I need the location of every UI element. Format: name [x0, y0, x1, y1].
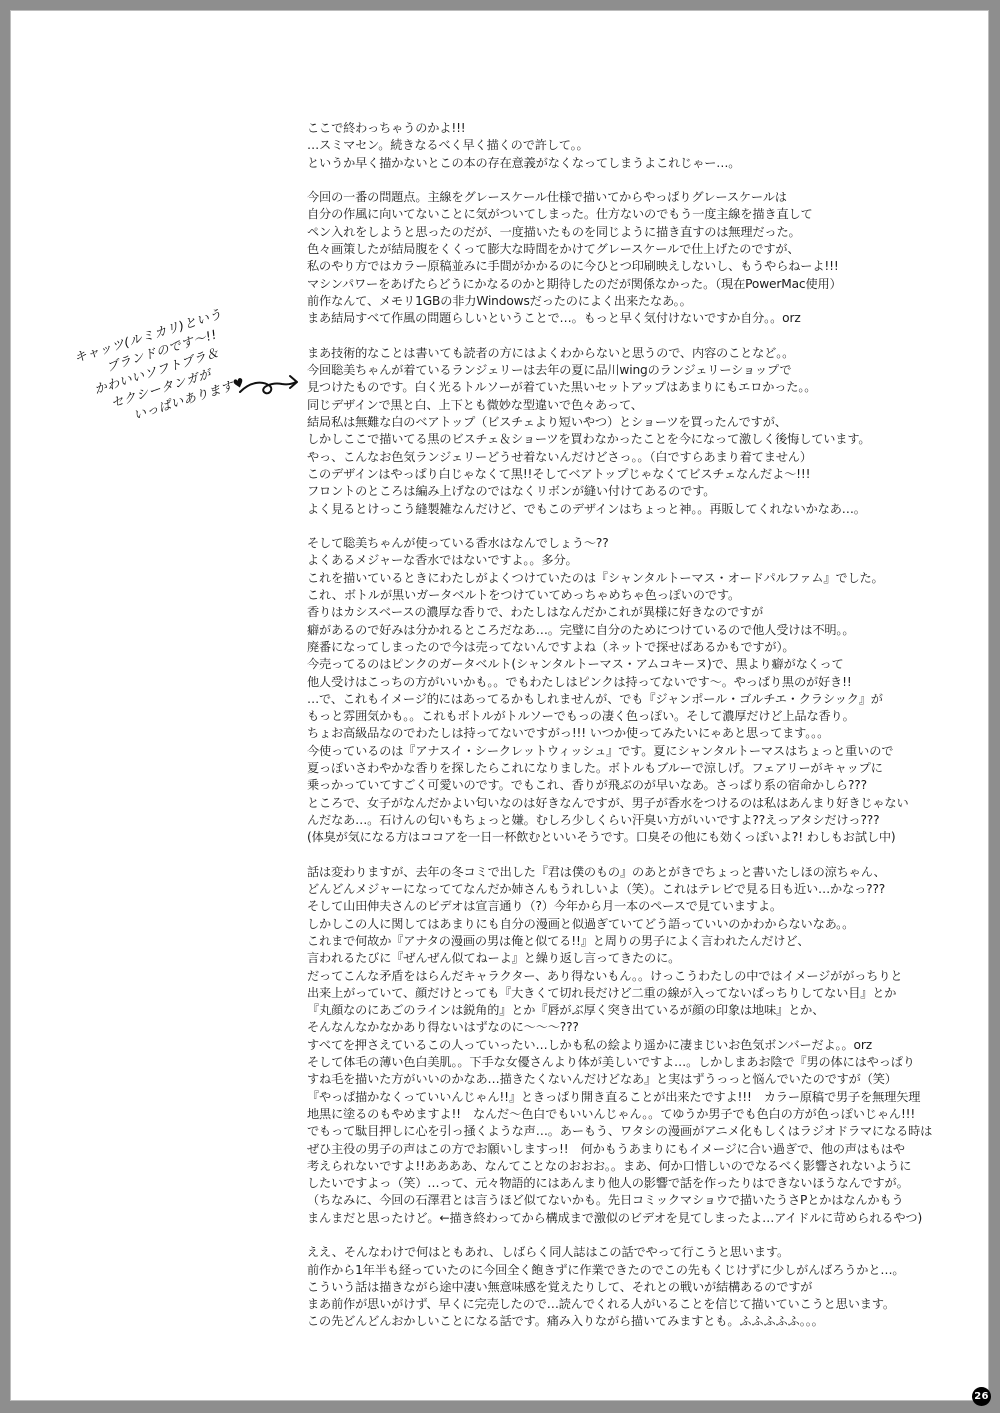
curly-arrow-icon — [238, 372, 300, 400]
text-line: もっと雰囲気かも。。これもボトルがトルソーでもっの凄く色っぽい。そして濃厚だけど… — [307, 708, 947, 725]
text-line: ぜひ主役の男子の声はこの方でお願いしますっ!! 何かもうあまりにもイメージに合い… — [307, 1141, 947, 1158]
text-line: 癖があるので好みは分かれるところだなあ…。完璧に自分のためにつけているので他人受… — [307, 622, 947, 639]
text-line: …スミマセン。続きなるべく早く描くので許して。。 — [307, 137, 947, 154]
text-line: 『丸顔なのにあごのラインは鋭角的』とか『唇がぶ厚く突き出ているが顔の印象は地味』… — [307, 1002, 947, 1019]
text-line: まあ前作が思いがけず、早くに完売したので…読んでくれる人がいることを信じて描いて… — [307, 1296, 947, 1313]
text-line: 考えられないですよ!!ああああ、なんてことなのおおお。。まあ、何か口惜しいのでな… — [307, 1158, 947, 1175]
afterword-text: ここで終わっちゃうのかよ!!! …スミマセン。続きなるべく早く描くので許して。。… — [307, 120, 947, 1348]
document-page: キャッツ(ルミカリ)という ブランドのです〜!! かわいいソフトブラ＆ セクシー… — [10, 10, 989, 1401]
text-line: しかしこの人に関してはあまりにも自分の漫画と似過ぎていてどう語っていいのかわから… — [307, 916, 947, 933]
text-line: よくあるメジャーな香水ではないですよ。。多分。 — [307, 552, 947, 569]
text-line: 前作から1年半も経っていたのに今回全く飽きずに作業できたのでこの先もくじけずに少… — [307, 1262, 947, 1279]
text-line: どんどんメジャーになっててなんだか姉さんもうれしいよ（笑）。これはテレビで見る日… — [307, 881, 947, 898]
text-line: この先どんどんおかしいことになる話です。痛み入りながら描いてみますとも。ふふふふ… — [307, 1313, 947, 1330]
text-line: んだなあ…。石けんの匂いもちょっと嫌。むしろ少しくらい汗臭い方がいいですよ??え… — [307, 812, 947, 829]
paragraph-5: 話は変わりますが、去年の冬コミで出した『君は僕のもの』のあとがきでちょっと書いた… — [307, 864, 947, 1227]
text-line: そして体毛の薄い色白美肌。。下手な女優さんより体が美しいですよ…。しかしまあお陰… — [307, 1054, 947, 1071]
text-line: だってこんな矛盾をはらんだキャラクター、あり得ないもん。。けっこうわたしの中では… — [307, 968, 947, 985]
text-line: 今売ってるのはピンクのガータベルト(シャンタルトーマス・アムコキーヌ)で、黒より… — [307, 656, 947, 673]
text-line: (体臭が気になる方はココアを一日一杯飲むといいそうです。口臭その他にも効くっぽい… — [307, 829, 947, 846]
text-line: 自分の作風に向いてないことに気がついてしまった。仕方ないのでもう一度主線を描き直… — [307, 206, 947, 223]
page-number-badge: 26 — [972, 1387, 991, 1406]
text-line: すべてを押さえているこの人っていったい…しかも私の絵より遥かに凄まじいお色気ボン… — [307, 1037, 947, 1054]
paragraph-6: ええ、そんなわけで何はともあれ、しばらく同人誌はこの話でやって行こうと思います。… — [307, 1244, 947, 1330]
text-line: でもって駄目押しに心を引っ掻くような声…。あーもう、ワタシの漫画がアニメ化もしく… — [307, 1123, 947, 1140]
text-line: 地黒に塗るのもやめますよ!! なんだ〜色白でもいいんじゃん。。てゆうか男子でも色… — [307, 1106, 947, 1123]
text-line: 夏っぽいさわやかな香りを探したらこれになりました。ボトルもブルーで涼しげ。フェア… — [307, 760, 947, 777]
paragraph-3: まあ技術的なことは書いても読者の方にはよくわからないと思うので、内容のことなど。… — [307, 345, 947, 518]
text-line: 前作なんて、メモリ1GBの非力Windowsだったのによく出来たなあ。。 — [307, 293, 947, 310]
text-line: （ちなみに、今回の石澤君とは言うほど似てないかも。先日コミックマショウで描いたう… — [307, 1192, 947, 1209]
text-line: マシンパワーをあげたらどうにかなるのかと期待したのだが関係なかった。（現在Pow… — [307, 276, 947, 293]
paragraph-1: ここで終わっちゃうのかよ!!! …スミマセン。続きなるべく早く描くので許して。。… — [307, 120, 947, 172]
text-line: というか早く描かないとこの本の存在意義がなくなってしまうよこれじゃー…。 — [307, 155, 947, 172]
text-line: これを描いているときにわたしがよくつけていたのは『シャンタルトーマス・オードパル… — [307, 570, 947, 587]
text-line: 今回聡美ちゃんが着ているランジェリーは去年の夏に品川wingのランジェリーショッ… — [307, 362, 947, 379]
text-line: これ、ボトルが黒いガータベルトをつけていてめっちゃめちゃ色っぽいのです。 — [307, 587, 947, 604]
text-line: 今回の一番の問題点。主線をグレースケール仕様で描いてからやっぱりグレースケールは — [307, 189, 947, 206]
text-line: ええ、そんなわけで何はともあれ、しばらく同人誌はこの話でやって行こうと思います。 — [307, 1244, 947, 1261]
text-line: フロントのところは編み上げなのではなくリボンが縫い付けてあるのです。 — [307, 483, 947, 500]
paragraph-2: 今回の一番の問題点。主線をグレースケール仕様で描いてからやっぱりグレースケールは… — [307, 189, 947, 327]
text-line: 私のやり方ではカラー原稿並みに手間がかかるのに今ひとつ印刷映えしないし、もうやら… — [307, 258, 947, 275]
text-line: 香りはカシスベースの濃厚な香りで、わたしはなんだかこれが異様に好きなのですが — [307, 604, 947, 621]
text-line: …で、これもイメージ的にはあってるかもしれませんが、でも『ジャンポール・ゴルチエ… — [307, 691, 947, 708]
text-line: ペン入れをしようと思ったのだが、一度描いたものを同じように描き直すのは無理だった… — [307, 224, 947, 241]
text-line: 出来上がっていて、顔だけとっても『大きくて切れ長だけど二重の線が入ってないぱっち… — [307, 985, 947, 1002]
paragraph-4: そして聡美ちゃんが使っている香水はなんでしょう〜?? よくあるメジャーな香水では… — [307, 535, 947, 846]
text-line: そして聡美ちゃんが使っている香水はなんでしょう〜?? — [307, 535, 947, 552]
text-line: まあ結局すべて作風の問題らしいということで…。もっと早く気付けないですか自分。。… — [307, 310, 947, 327]
text-line: 『やっぱ描かなくっていいんじゃん!!』ときっぱり開き直ることが出来たですよ!!!… — [307, 1089, 947, 1106]
text-line: ちょお高級品なのでわたしは持ってないですがっ!!! いつか使ってみたいにゃあと思… — [307, 725, 947, 742]
text-line: 今使っているのは『アナスイ・シークレットウィッシュ』です。夏にシャンタルトーマス… — [307, 743, 947, 760]
text-line: まあ技術的なことは書いても読者の方にはよくわからないと思うので、内容のことなど。… — [307, 345, 947, 362]
handwritten-note: キャッツ(ルミカリ)という ブランドのです〜!! かわいいソフトブラ＆ セクシー… — [72, 292, 290, 437]
text-line: ここで終わっちゃうのかよ!!! — [307, 120, 947, 137]
text-line: よく見るとけっこう縫製雑なんだけど、でもこのデザインはちょっと神。。再販してくれ… — [307, 501, 947, 518]
text-line: そんなんなかなかあり得ないはずなのに〜〜〜??? — [307, 1019, 947, 1036]
text-line: 色々画策したが結局腹をくくって膨大な時間をかけてグレースケールで仕上げたのですが… — [307, 241, 947, 258]
text-line: 見つけたものです。白く光るトルソーが着ていた黒いセットアップはあまりにもエロかっ… — [307, 379, 947, 396]
text-line: まんまだと思ったけど。←描き終わってから構成まで激似のビデオを見てしまったよ…ア… — [307, 1210, 947, 1227]
text-line: これまで何故か『アナタの漫画の男は俺と似てる!!』と周りの男子によく言われたんだ… — [307, 933, 947, 950]
text-line: 話は変わりますが、去年の冬コミで出した『君は僕のもの』のあとがきでちょっと書いた… — [307, 864, 947, 881]
text-line: このデザインはやっぱり白じゃなくて黒!!そしてベアトップじゃなくてビスチェなんだ… — [307, 466, 947, 483]
text-line: やっ、こんなお色気ランジェリーどうせ着ないんだけどさっ。。（白ですらあまり着てま… — [307, 449, 947, 466]
text-line: 他人受けはこっちの方がいいかも。。でもわたしはピンクは持ってないです〜。やっぱり… — [307, 674, 947, 691]
text-line: しかしここで描いてる黒のビスチェ＆ショーツを買わなかったことを今になって激しく後… — [307, 431, 947, 448]
text-line: 同じデザインで黒と白、上下とも微妙な型違いで色々あって、 — [307, 397, 947, 414]
text-line: したいですよっ（笑）…って、元々物語的にはあんまり他人の影響で話を作ったりはでき… — [307, 1175, 947, 1192]
text-line: ところで、女子がなんだかよい匂いなのは好きなんですが、男子が香水をつけるのは私は… — [307, 795, 947, 812]
text-line: 言われるたびに『ぜんぜん似てねーよ』と繰り返し言ってきたのに。 — [307, 950, 947, 967]
text-line: 廃番になってしまったので今は売ってないんですよね（ネットで探せばあるかもですが）… — [307, 639, 947, 656]
text-line: こういう話は描きながら途中凄い無意味感を覚えたりして、それとの戦いが結構あるので… — [307, 1279, 947, 1296]
text-line: 乗っかっていてすごく可愛いのです。でもこれ、香りが飛ぶのが早いなあ。さっぱり系の… — [307, 777, 947, 794]
text-line: そして山田伸夫さんのビデオは宣言通り（?）今年から月一本のペースで見ていますよ。 — [307, 898, 947, 915]
text-line: 結局私は無難な白のベアトップ（ビスチェより短いやつ）とショーツを買ったんですが、 — [307, 414, 947, 431]
text-line: すね毛を描いた方がいいのかなあ…描きたくないんだけどなあ』と実はずうっっと悩んで… — [307, 1071, 947, 1088]
